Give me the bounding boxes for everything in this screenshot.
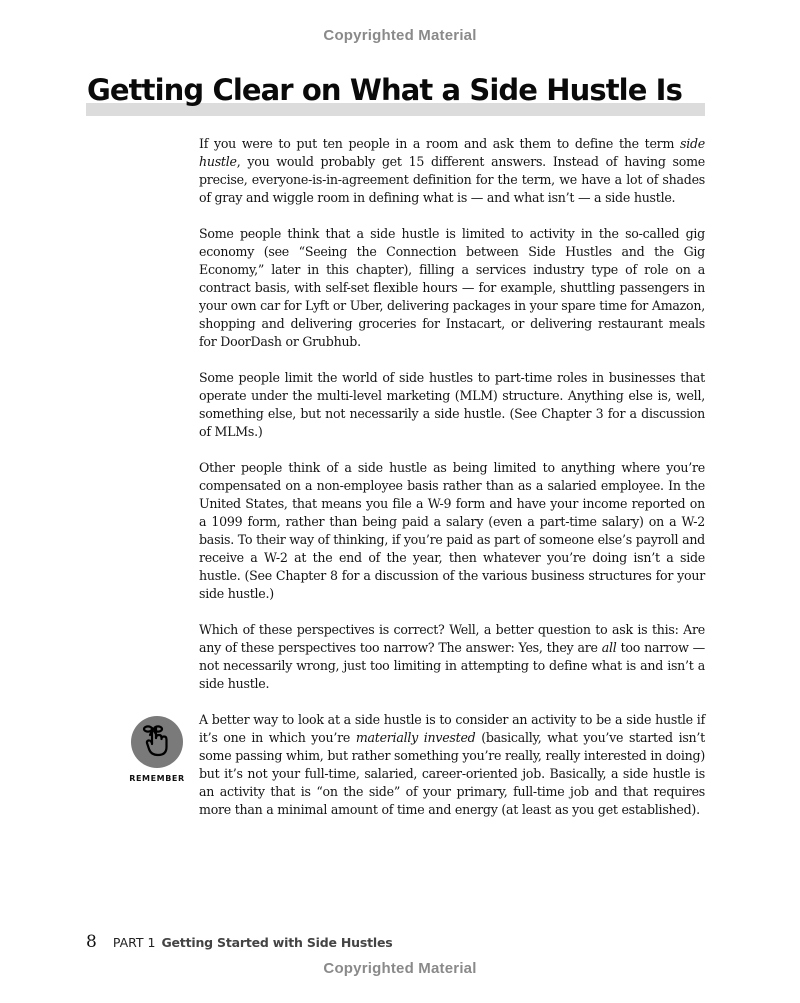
- paragraph-3: Some people limit the world of side hust…: [199, 369, 705, 441]
- body-text: If you were to put ten people in a room …: [199, 135, 705, 837]
- part-title: Getting Started with Side Hustles: [161, 935, 392, 950]
- text-run: , you would probably get 15 different an…: [199, 154, 705, 205]
- section-title: Getting Clear on What a Side Hustle Is: [87, 72, 682, 108]
- paragraph-5: Which of these perspectives is correct? …: [199, 621, 705, 693]
- copyright-watermark-top: Copyrighted Material: [0, 27, 800, 44]
- page-footer: 8 PART 1 Getting Started with Side Hustl…: [86, 932, 392, 952]
- paragraph-2: Some people think that a side hustle is …: [199, 225, 705, 351]
- italic-term: materially invested: [356, 730, 476, 745]
- italic-emphasis: all: [602, 640, 617, 655]
- remember-callout: REMEMBER: [128, 716, 186, 783]
- text-run: Some people limit the world of side hust…: [199, 370, 705, 439]
- remember-circle: [131, 716, 183, 768]
- paragraph-6-remember: A better way to look at a side hustle is…: [199, 711, 705, 819]
- text-run: If you were to put ten people in a room …: [199, 136, 680, 151]
- paragraph-1: If you were to put ten people in a room …: [199, 135, 705, 207]
- section-heading: Getting Clear on What a Side Hustle Is: [86, 70, 705, 118]
- part-label: PART 1: [113, 935, 156, 950]
- finger-string-icon: [140, 722, 174, 763]
- paragraph-4: Other people think of a side hustle as b…: [199, 459, 705, 603]
- copyright-watermark-bottom: Copyrighted Material: [0, 960, 800, 977]
- page-number: 8: [86, 932, 97, 952]
- text-run: Other people think of a side hustle as b…: [199, 460, 705, 601]
- text-run: Some people think that a side hustle is …: [199, 226, 705, 349]
- remember-label: REMEMBER: [128, 774, 186, 783]
